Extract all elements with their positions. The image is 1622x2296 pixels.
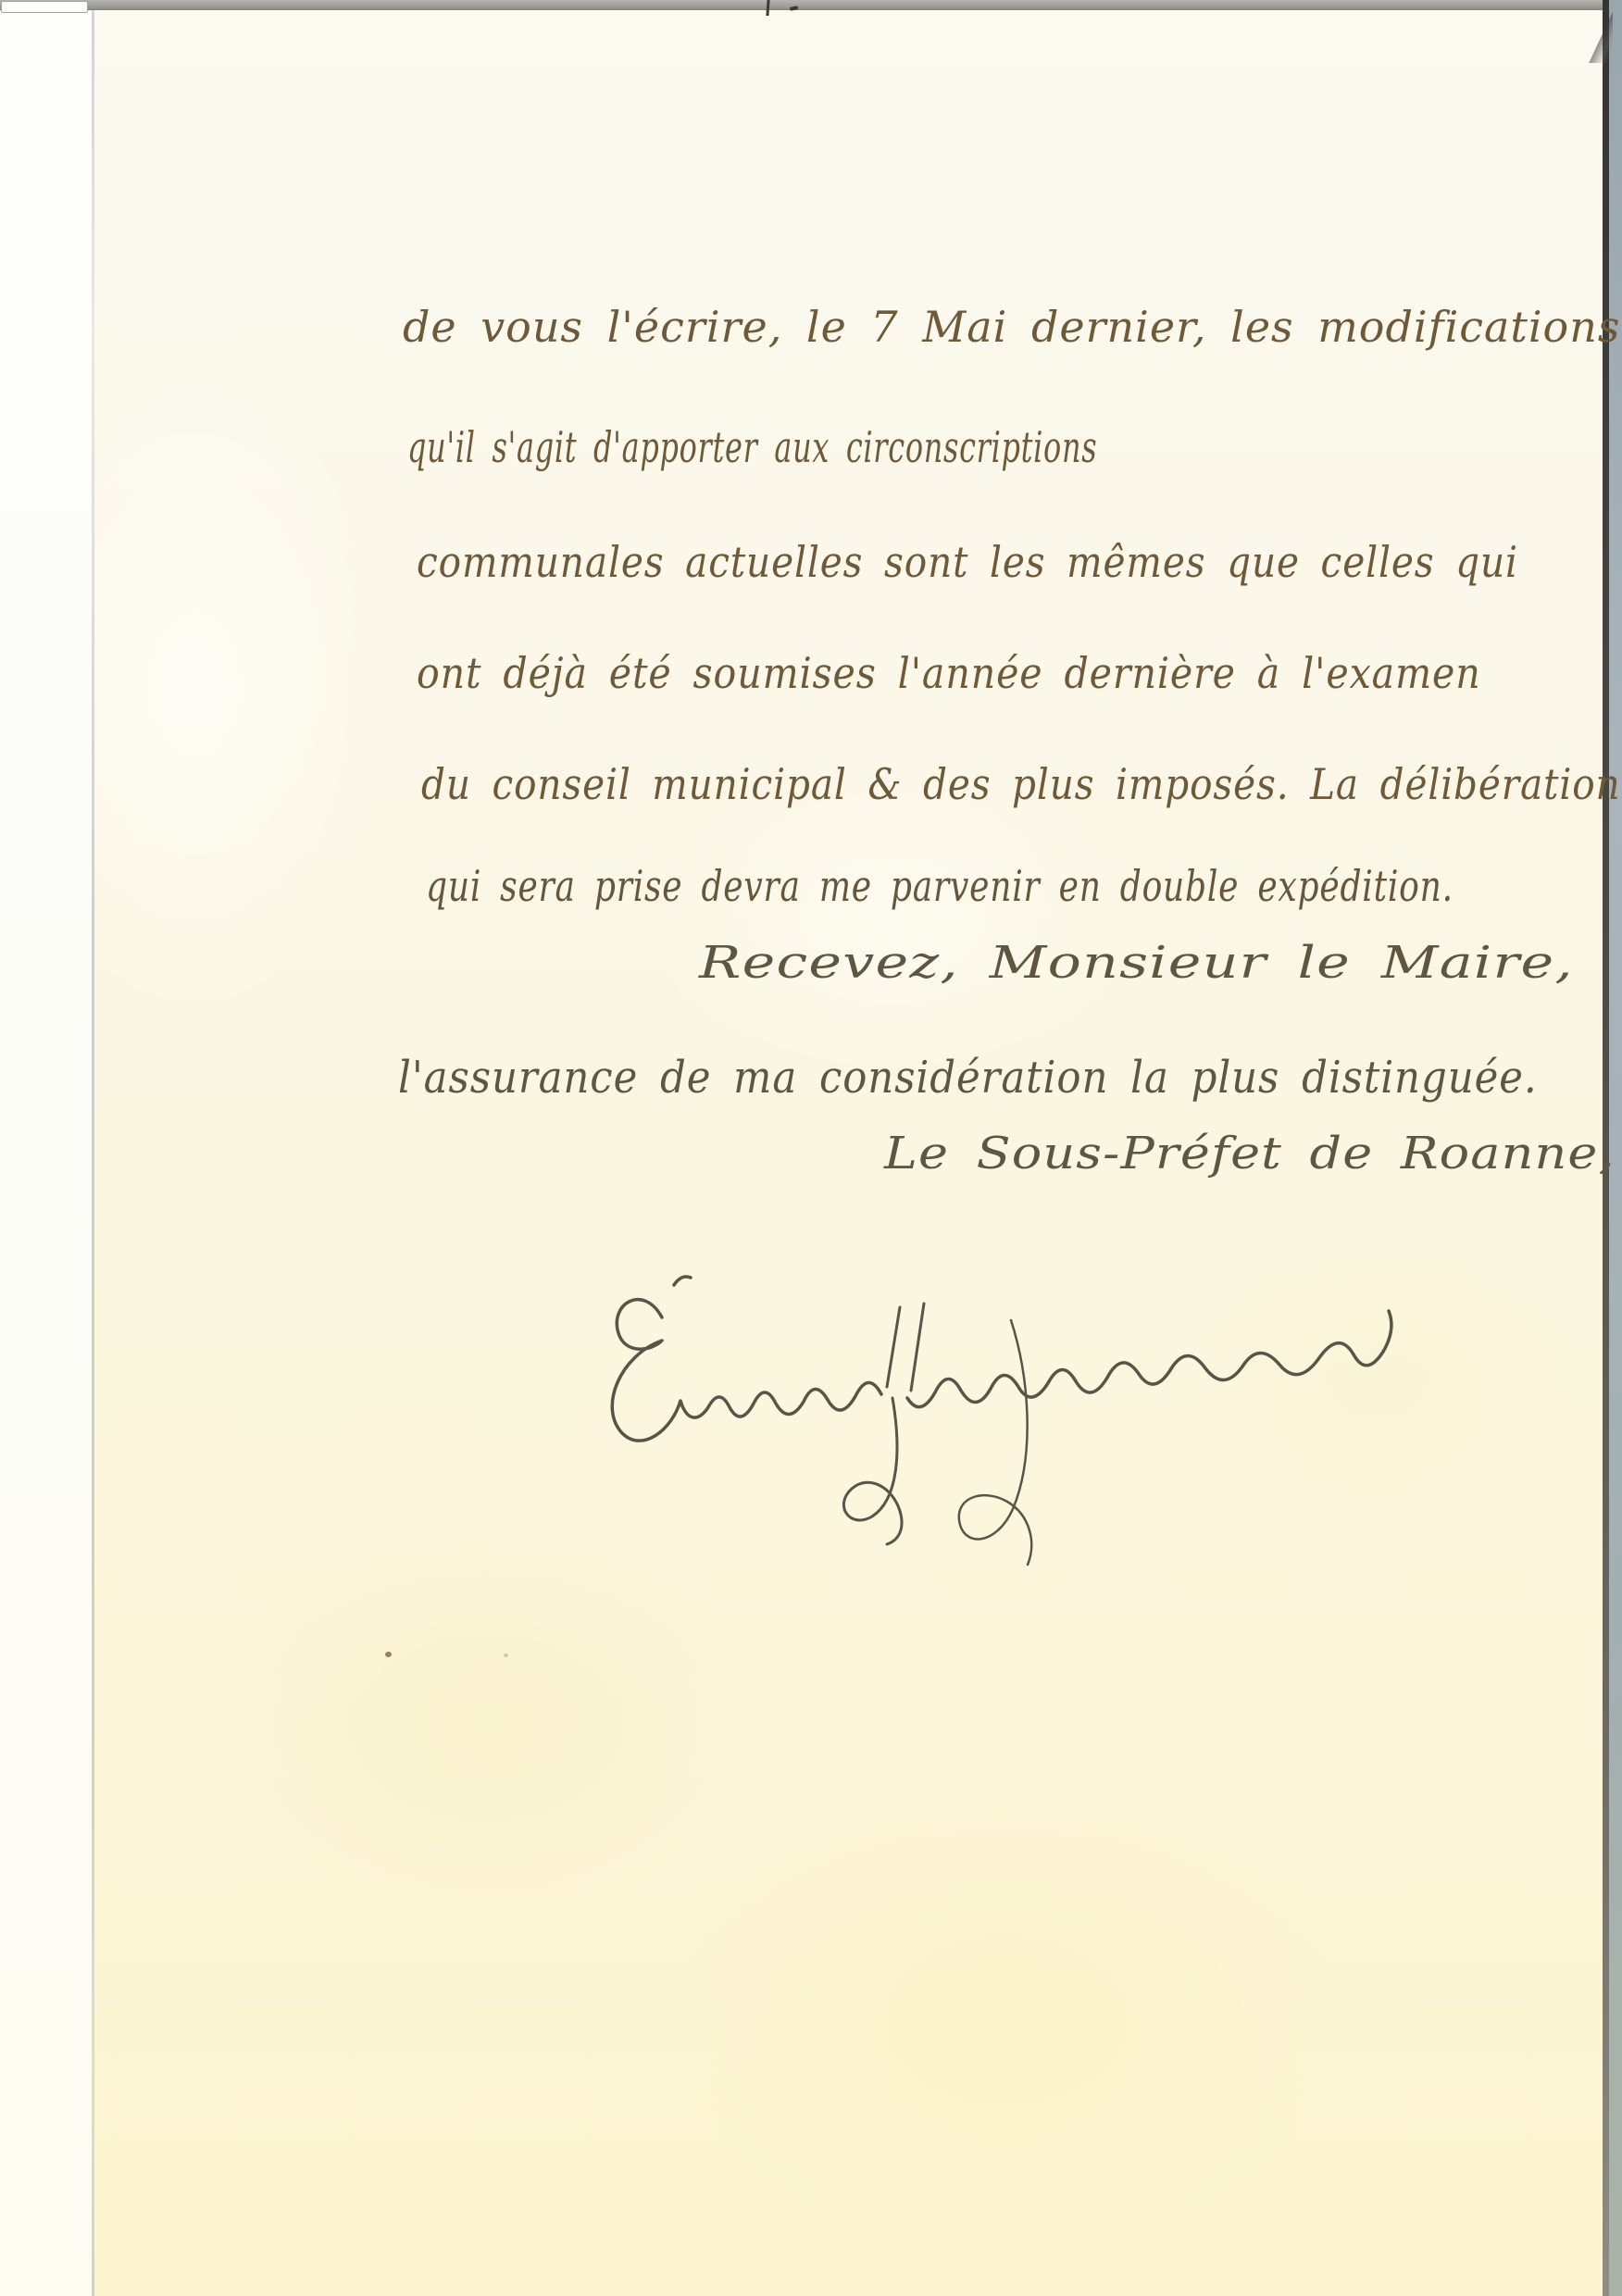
signature-flourish xyxy=(593,1267,1426,1581)
page-corner-notch xyxy=(1585,7,1613,63)
letter-line-6: qui sera prise devra me parvenir en doub… xyxy=(426,861,1454,911)
scan-artifact-topleft xyxy=(1,1,88,13)
letter-line-4: ont déjà été soumises l'année dernière à… xyxy=(417,648,1481,698)
letter-line-3: communales actuelles sont les mêmes que … xyxy=(417,537,1518,587)
scan-edge-top-bar xyxy=(0,0,1622,10)
salutation-line: Recevez, Monsieur le Maire, xyxy=(699,937,1574,989)
letter-line-2: qu'il s'agit d'apporter aux circonscript… xyxy=(407,422,1097,472)
ink-speck xyxy=(504,1653,508,1657)
signer-title-line: Le Sous-Préfet de Roanne, xyxy=(884,1128,1616,1179)
letter-line-5: du conseil municipal & des plus imposés.… xyxy=(421,759,1621,809)
letter-line-1: de vous l'écrire, le 7 Mai dernier, les … xyxy=(403,302,1620,352)
ink-speck xyxy=(385,1652,392,1657)
left-margin-strip xyxy=(0,0,93,2296)
page-fold-line xyxy=(92,7,94,2296)
scanned-letter-page: de vous l'écrire, le 7 Mai dernier, les … xyxy=(0,0,1622,2296)
closing-formula-line: l'assurance de ma considération la plus … xyxy=(398,1052,1538,1104)
